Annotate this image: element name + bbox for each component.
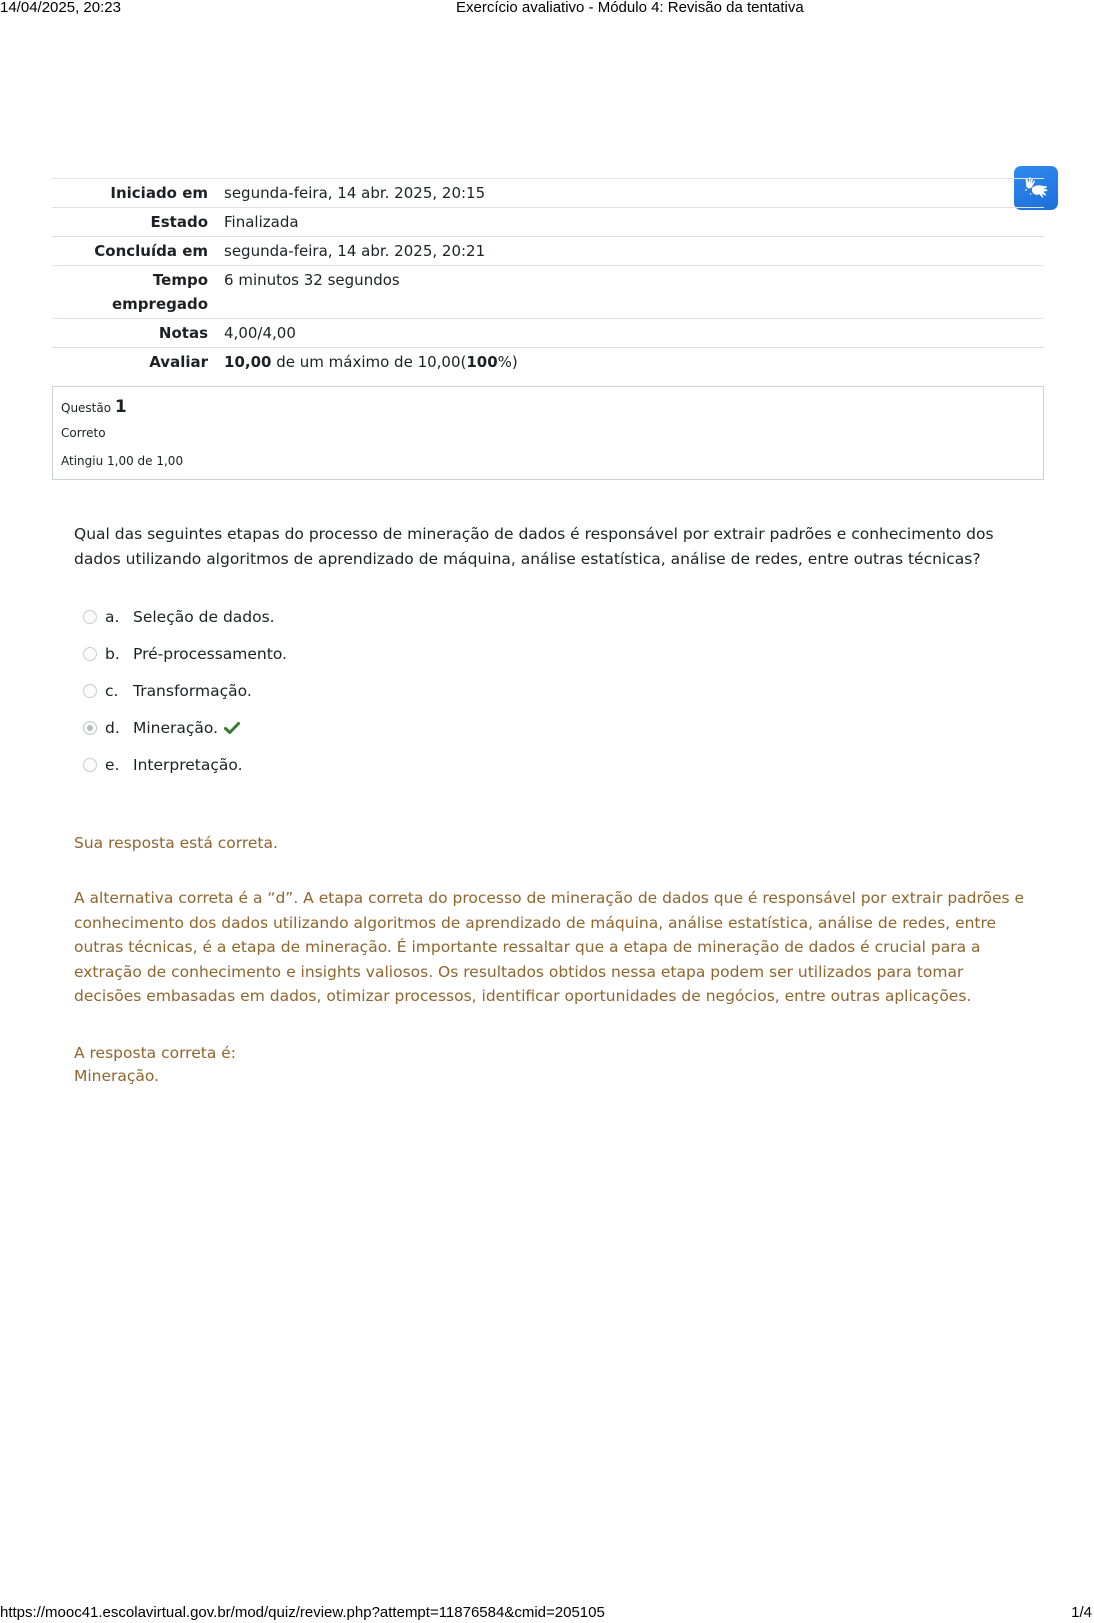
print-url: https://mooc41.escolavirtual.gov.br/mod/…: [0, 1605, 605, 1621]
answer-option-c[interactable]: c. Transformação.: [82, 672, 582, 709]
summary-row-started: Iniciado em segunda-feira, 14 abr. 2025,…: [52, 179, 1044, 208]
summary-value: Finalizada: [224, 208, 1044, 237]
answer-option-a[interactable]: a. Seleção de dados.: [82, 598, 582, 635]
answer-text: Interpretação.: [133, 756, 243, 774]
summary-row-grade: Avaliar 10,00 de um máximo de 10,00(100%…: [52, 348, 1044, 377]
print-page-number: 1/4: [1071, 1605, 1092, 1621]
summary-row-marks: Notas 4,00/4,00: [52, 319, 1044, 348]
answer-text: Pré-processamento.: [133, 645, 287, 663]
summary-value: 4,00/4,00: [224, 319, 1044, 348]
summary-value: segunda-feira, 14 abr. 2025, 20:21: [224, 237, 1044, 266]
answer-text: Seleção de dados.: [133, 608, 275, 626]
question-number-value: 1: [115, 397, 127, 417]
answer-option-e[interactable]: e. Interpretação.: [82, 746, 582, 783]
answer-radio[interactable]: [83, 610, 97, 624]
answer-radio[interactable]: [83, 647, 97, 661]
summary-label: Notas: [52, 319, 224, 348]
grade-percent: 100: [466, 353, 497, 371]
question-grade: Atingiu 1,00 de 1,00: [61, 453, 1035, 469]
print-footer: https://mooc41.escolavirtual.gov.br/mod/…: [0, 1605, 1094, 1621]
summary-label: Tempo empregado: [52, 266, 224, 319]
grade-suffix: %): [498, 353, 518, 371]
answer-text: Transformação.: [133, 682, 252, 700]
answer-list: a. Seleção de dados. b. Pré-processament…: [82, 598, 582, 783]
answer-option-d[interactable]: d. Mineração.: [82, 709, 582, 746]
right-answer-value: Mineração.: [74, 1065, 1034, 1088]
summary-row-time-taken: Tempo empregado 6 minutos 32 segundos: [52, 266, 1044, 319]
answer-letter: c.: [105, 682, 133, 700]
answer-text: Mineração.: [133, 719, 218, 737]
print-header: 14/04/2025, 20:23 Exercício avaliativo -…: [0, 0, 1094, 16]
question-info-box: Questão 1 Correto Atingiu 1,00 de 1,00: [52, 386, 1044, 480]
summary-value: 10,00 de um máximo de 10,00(100%): [224, 348, 1044, 377]
answer-letter: d.: [105, 719, 133, 737]
question-state: Correto: [61, 425, 1035, 441]
right-answer: A resposta correta é: Mineração.: [74, 1042, 1034, 1088]
summary-row-completed: Concluída em segunda-feira, 14 abr. 2025…: [52, 237, 1044, 266]
print-page-title: Exercício avaliativo - Módulo 4: Revisão…: [456, 0, 804, 16]
print-datetime: 14/04/2025, 20:23: [0, 0, 121, 16]
answer-letter: a.: [105, 608, 133, 626]
question-number: Questão 1: [61, 395, 1035, 419]
answer-letter: e.: [105, 756, 133, 774]
right-answer-label: A resposta correta é:: [74, 1042, 1034, 1065]
summary-value: segunda-feira, 14 abr. 2025, 20:15: [224, 179, 1044, 208]
summary-label: Concluída em: [52, 237, 224, 266]
summary-label: Iniciado em: [52, 179, 224, 208]
answer-letter: b.: [105, 645, 133, 663]
grade-middle: de um máximo de 10,00(: [271, 353, 466, 371]
summary-label: Avaliar: [52, 348, 224, 377]
summary-label: Estado: [52, 208, 224, 237]
answer-radio[interactable]: [83, 758, 97, 772]
grade-score: 10,00: [224, 353, 271, 371]
question-text: Qual das seguintes etapas do processo de…: [74, 522, 1034, 571]
summary-value: 6 minutos 32 segundos: [224, 266, 1044, 319]
answer-radio[interactable]: [83, 684, 97, 698]
answer-option-b[interactable]: b. Pré-processamento.: [82, 635, 582, 672]
feedback-explanation: A alternativa correta é a “d”. A etapa c…: [74, 886, 1034, 1009]
question-prefix: Questão: [61, 401, 111, 415]
general-feedback: Sua resposta está correta.: [74, 831, 1034, 856]
attempt-summary-table: Iniciado em segunda-feira, 14 abr. 2025,…: [52, 178, 1044, 376]
summary-row-state: Estado Finalizada: [52, 208, 1044, 237]
answer-radio-selected[interactable]: [83, 721, 97, 735]
correct-check-icon: [224, 721, 240, 735]
